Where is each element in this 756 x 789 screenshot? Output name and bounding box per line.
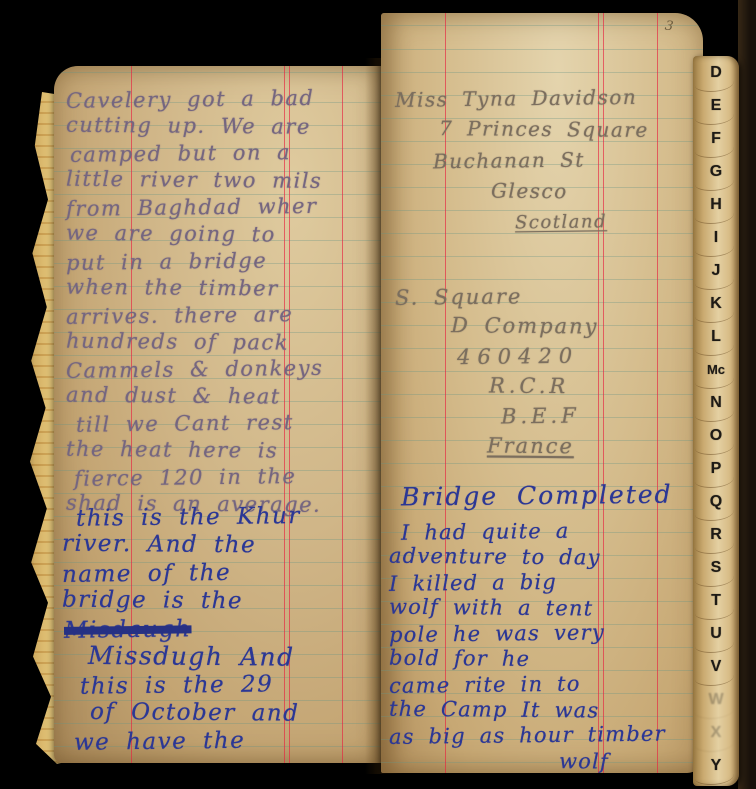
diary-scan: Cavelery got a badcutting up. We arecamp…	[0, 0, 756, 789]
handwritten-line: Buchanan St	[395, 143, 695, 178]
handwritten-line: we have the	[62, 725, 378, 757]
handwritten-line: camped but on a	[66, 138, 376, 169]
handwritten-line: adventure to day	[389, 543, 701, 571]
handwritten-line: Glesco	[395, 175, 695, 209]
index-tab: J	[693, 254, 739, 287]
handwritten-line: till we Cant rest	[66, 408, 376, 439]
index-tab: K	[693, 287, 739, 320]
handwritten-line: and dust & heat	[66, 382, 376, 412]
index-tab: U	[693, 617, 739, 650]
handwritten-line: B.E.F	[395, 399, 695, 433]
handwritten-line: S. Square	[395, 279, 695, 313]
index-tab: X	[693, 716, 739, 749]
index-tab: O	[693, 419, 739, 452]
handwritten-line: bridge is the	[62, 586, 378, 617]
handwritten-line: R.C.R	[395, 370, 695, 403]
handwritten-line: when the timber	[66, 274, 376, 304]
index-tab: H	[693, 188, 739, 221]
index-tab: Q	[693, 485, 739, 518]
handwritten-line: Miss Tyna Davidson	[395, 81, 695, 116]
handwritten-line: as big as hour timber	[389, 721, 701, 750]
handwritten-line: I killed a big	[389, 568, 701, 597]
handwritten-line: hundreds of pack	[66, 328, 376, 358]
regiment-block: S. SquareD Company460420R.C.RB.E.FFrance	[395, 281, 695, 461]
handwritten-line: fierce 120 in the	[66, 462, 376, 493]
handwritten-line: pole he was very	[389, 619, 701, 648]
handwritten-line: put in a bridge	[66, 246, 376, 277]
right-page: 3 Miss Tyna Davidson7 Princes SquareBuch…	[381, 13, 703, 773]
handwritten-line: name of the	[62, 557, 378, 589]
index-tab: Mc	[693, 353, 739, 386]
handwritten-line: 7 Princes Square	[395, 113, 695, 147]
handwritten-line: wolf with a tent	[389, 594, 701, 622]
handwritten-line: from Baghdad wher	[66, 192, 376, 223]
book-cover-edge	[738, 0, 756, 789]
handwritten-line: 460420	[395, 339, 695, 373]
handwritten-line: wolf	[389, 747, 701, 773]
index-tab: T	[693, 584, 739, 617]
index-tab: S	[693, 551, 739, 584]
handwritten-line: of October and	[62, 698, 378, 729]
handwritten-line: France	[395, 430, 695, 463]
index-tab: F	[693, 122, 739, 155]
handwritten-line: we are going to	[66, 220, 376, 250]
index-tab: R	[693, 518, 739, 551]
handwritten-line: Missdugh And	[62, 642, 378, 673]
index-tab: N	[693, 386, 739, 419]
index-tab: G	[693, 155, 739, 188]
index-tab: V	[693, 650, 739, 683]
index-tab: L	[693, 320, 739, 353]
handwritten-line: this is the Khur	[62, 501, 378, 533]
address-block: Miss Tyna Davidson7 Princes SquareBuchan…	[395, 83, 695, 238]
alphabet-index-tab-strip: DEFGHIJKLMcNOPQRSTUVWXY	[693, 56, 739, 786]
handwritten-line: bold for he	[389, 645, 701, 673]
handwritten-line: D Company	[395, 310, 695, 343]
entry-title: Bridge Completed	[401, 480, 673, 512]
index-tab: D	[693, 56, 739, 89]
index-tab: Y	[693, 749, 739, 782]
handwritten-line: came rite in to	[389, 670, 701, 699]
handwritten-line: the Camp It was	[389, 696, 701, 724]
handwritten-line: Scotland	[395, 205, 695, 240]
index-tab: P	[693, 452, 739, 485]
handwritten-line: I had quite a	[389, 517, 701, 546]
left-page: Cavelery got a badcutting up. We arecamp…	[54, 66, 385, 763]
handwritten-line: the heat here is	[66, 436, 376, 466]
index-tab: W	[693, 683, 739, 716]
index-tab: E	[693, 89, 739, 122]
left-page-pencil-text: Cavelery got a badcutting up. We arecamp…	[66, 86, 376, 518]
handwritten-line: Cammels & donkeys	[66, 354, 376, 385]
entry-text: I had quite aadventure to dayI killed a …	[389, 519, 701, 773]
left-page-ink-text: this is the Khurriver. And thename of th…	[62, 503, 378, 755]
handwritten-line: this is the 29	[62, 669, 378, 701]
handwritten-line: arrives. there are	[66, 300, 376, 331]
handwritten-line: Cavelery got a bad	[66, 84, 376, 115]
handwritten-line: little river two mils	[66, 166, 376, 196]
handwritten-line: river. And the	[62, 530, 378, 561]
handwritten-line: cutting up. We are	[66, 112, 376, 142]
index-tab: I	[693, 221, 739, 254]
